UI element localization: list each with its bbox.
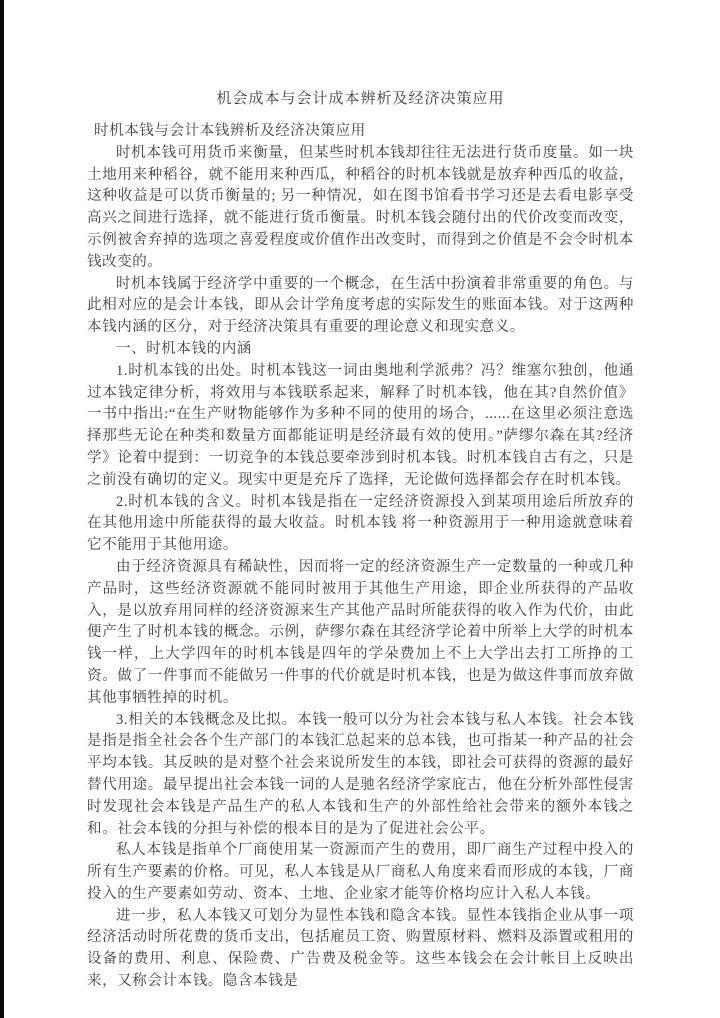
- paragraph: 时机本钱属于经济学中重要的一个概念，在生活中扮演着非常重要的角色。与此相对应的是…: [87, 274, 634, 339]
- paragraph: 私人本钱是指单个厂商使用某一资源而产生的费用，即厂商生产过程中投入的所有生产要素…: [87, 840, 634, 905]
- paragraph: 时机本钱可用货币来衡量，但某些时机本钱却往往无法进行货币度量。如一块土地用来种稻…: [87, 143, 634, 274]
- document-subtitle: 时机本钱与会计本钱辨析及经济决策应用: [87, 121, 634, 143]
- paragraph: 由于经济资源具有稀缺性，因而将一定的经济资源生产一定数量的一种或几种产品时，这些…: [87, 557, 634, 710]
- paragraph: 进一步，私人本钱又可划分为显性本钱和隐含本钱。显性本钱指企业从事一项经济活动时所…: [87, 906, 634, 993]
- paragraph: 1.时机本钱的出处。时机本钱这一词由奥地利学派弗？冯？维塞尔独创，他通过本钱定律…: [87, 361, 634, 492]
- document-page: 机会成本与会计成本辨析及经济决策应用 时机本钱与会计本钱辨析及经济决策应用 时机…: [0, 0, 720, 1018]
- section-heading: 一、时机本钱的内涵: [87, 339, 634, 361]
- document-title: 机会成本与会计成本辨析及经济决策应用: [87, 88, 634, 110]
- paragraph: 2.时机本钱的含义。时机本钱是指在一定经济资源投入到某项用途后所放弃的在其他用途…: [87, 492, 634, 557]
- paragraph: 3.相关的本钱概念及比拟。本钱一般可以分为社会本钱与私人本钱。社会本钱是指是指全…: [87, 710, 634, 841]
